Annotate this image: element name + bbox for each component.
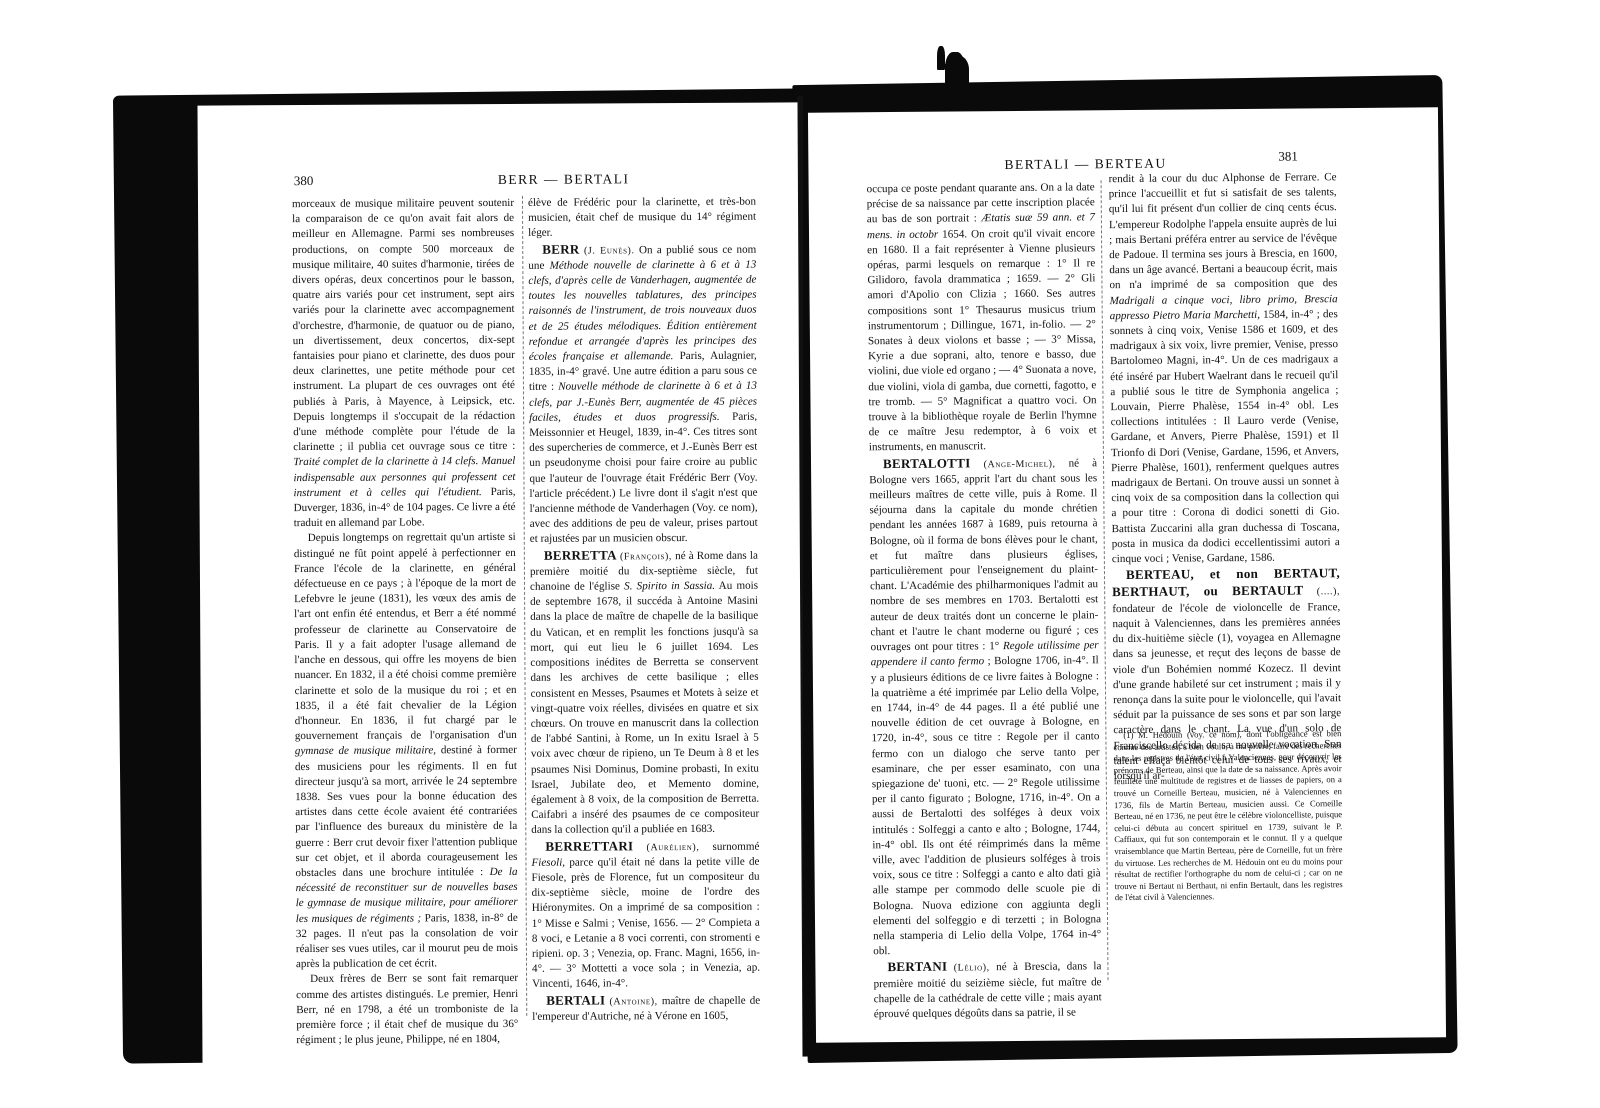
paragraph: occupa ce poste pendant quarante ans. On… xyxy=(867,180,1097,456)
paragraph: rendit à la cour du duc Alphonse de Ferr… xyxy=(1108,170,1339,567)
ink-blot xyxy=(937,46,945,70)
text-column-2: élève de Frédéric pour la clarinette, et… xyxy=(528,195,760,1025)
footnote: (1) M. Hédouin (voy. ce nom), dont l'obl… xyxy=(1113,728,1343,904)
headword: BERRETTARI xyxy=(545,838,633,853)
headword: BERRETTA xyxy=(544,547,617,562)
dictionary-entry: BERTANI (Lélio), né à Brescia, dans la p… xyxy=(873,958,1102,1023)
column-divider xyxy=(1101,180,1109,980)
headword: BERTANI xyxy=(887,959,947,975)
page-number: 380 xyxy=(294,173,314,189)
text-column-2: rendit à la cour du duc Alphonse de Ferr… xyxy=(1108,170,1341,784)
text-column-1: morceaux de musique militaire peuvent so… xyxy=(292,196,518,1049)
right-page: BERTALI — BERTEAU 381 occupa ce poste pe… xyxy=(808,107,1446,1042)
dictionary-entry: BERR (J. Eunès). On a publié sous ce nom… xyxy=(528,240,758,547)
dictionary-entry: BERRETTARI (Aurélien), surnommé Fiesoli,… xyxy=(531,837,760,992)
running-head: BERTALI — BERTEAU xyxy=(1004,156,1166,173)
paragraph: morceaux de musique militaire peuvent so… xyxy=(292,196,516,532)
dictionary-entry: BERRETTA (François), né à Rome dans la p… xyxy=(530,546,760,838)
column-divider xyxy=(522,196,527,1016)
paragraph: Deux frères de Berr se sont fait remarqu… xyxy=(296,971,518,1048)
headword: BERTALI xyxy=(546,992,605,1007)
page-number: 381 xyxy=(1278,148,1298,164)
paragraph: élève de Frédéric pour la clarinette, et… xyxy=(528,195,756,242)
headword: BERR xyxy=(542,241,579,256)
paragraph: Depuis longtemps on regrettait qu'un art… xyxy=(294,530,518,972)
dictionary-entry: BERTALOTTI (Ange-Michel), né à Bologne v… xyxy=(869,454,1101,960)
headword: BERTEAU, et non BERTAUT, BERTHAUT, ou BE… xyxy=(1112,565,1340,599)
ink-blot xyxy=(945,55,963,91)
dictionary-entry: BERTALI (Antoine), maître de chapelle de… xyxy=(532,991,760,1025)
left-page: 380 BERR — BERTALI morceaux de musique m… xyxy=(197,102,802,1063)
running-head: BERR — BERTALI xyxy=(498,171,630,188)
text-column-1: occupa ce poste pendant quarante ans. On… xyxy=(867,180,1102,1022)
headword: BERTALOTTI xyxy=(883,455,971,471)
